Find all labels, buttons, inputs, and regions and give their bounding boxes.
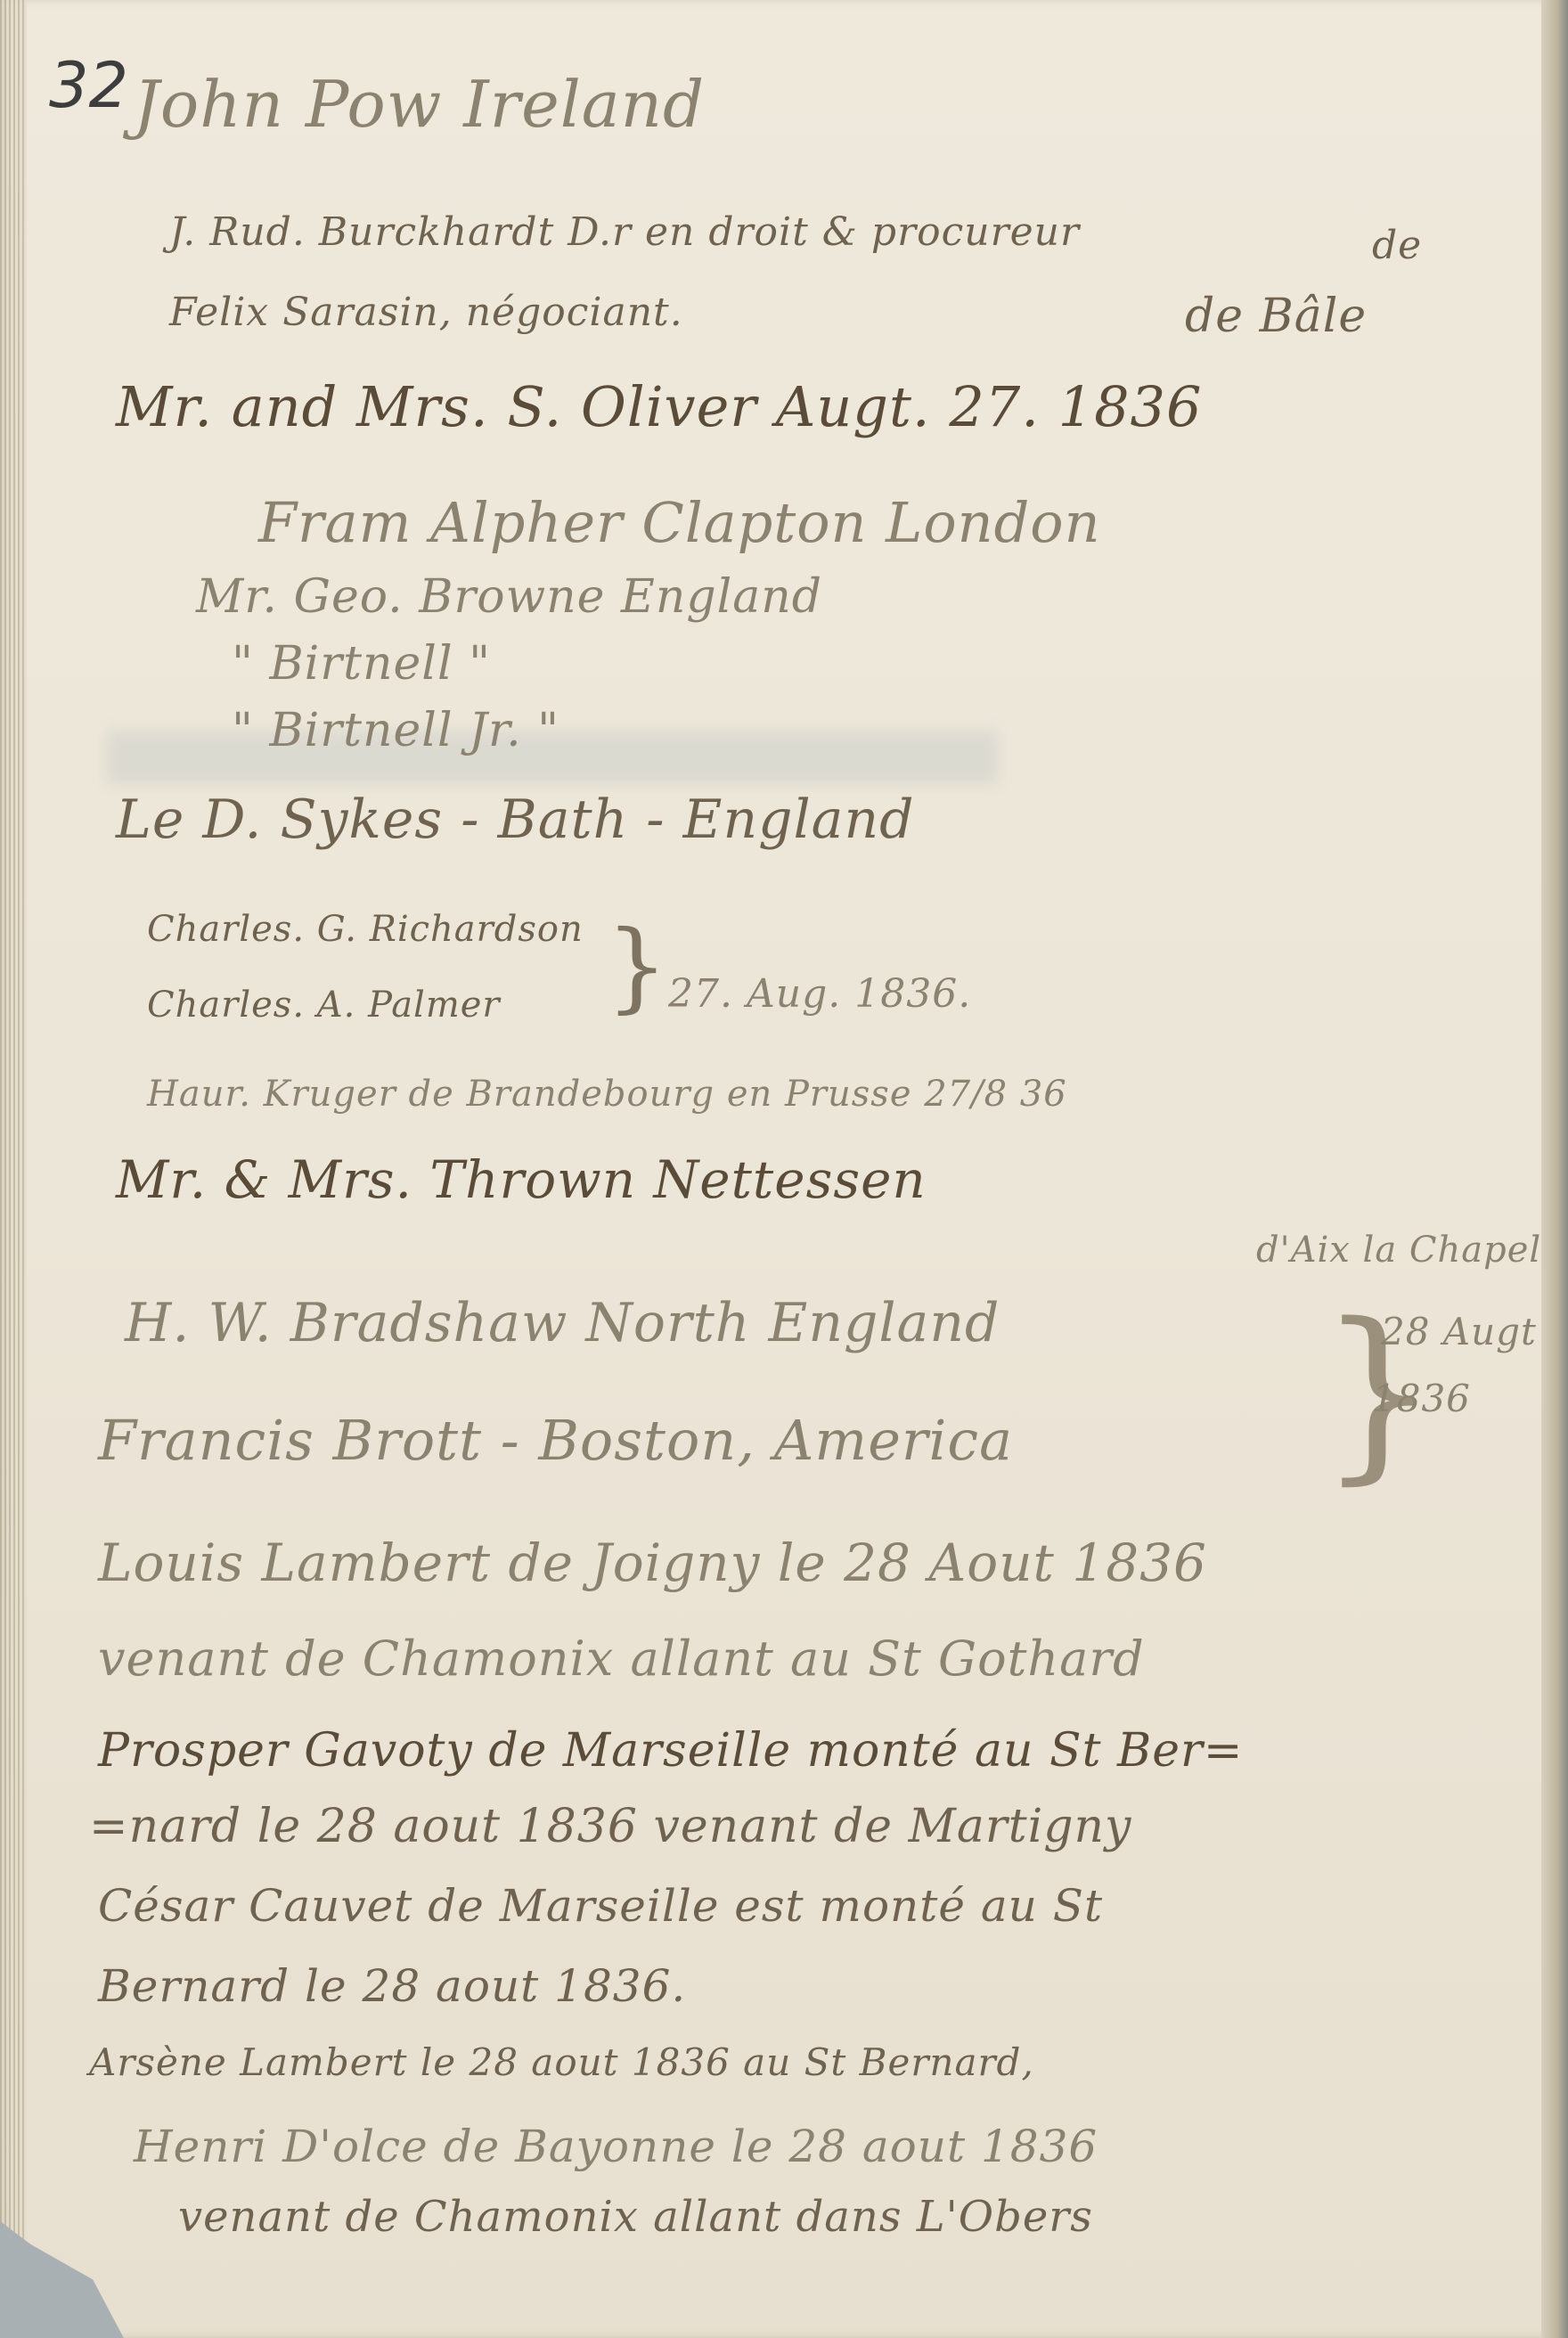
entry-line: d'Aix la Chapelle [1256,1230,1568,1271]
entry-line: 1836 [1372,1377,1471,1420]
entry-line: " Birtnell Jr. " [232,704,559,757]
entry-line: Le D. Sykes - Bath - England [116,789,915,851]
entry-line: César Cauvet de Marseille est monté au S… [98,1880,1103,1932]
entry-line: venant de Chamonix allant dans L'Obers [178,2192,1093,2242]
entry-line: Fram Alpher Clapton London [258,490,1101,555]
entry-line: Bernard le 28 aout 1836. [98,1960,686,2012]
entry-line: H. W. Bradshaw North England [125,1292,1000,1354]
entry-line: 28 Augt [1381,1310,1537,1353]
entry-line: Mr. & Mrs. Thrown Nettessen [116,1149,927,1210]
entry-line: Mr. and Mrs. S. Oliver Augt. 27. 1836 [116,374,1202,439]
entry-line: Felix Sarasin, négociant. [169,290,683,335]
adjacent-page-edge [1541,0,1568,2338]
entry-line: Louis Lambert de Joigny le 28 Aout 1836 [98,1533,1207,1593]
brace: } [606,909,668,1023]
entry-line: Charles. G. Richardson [147,909,584,950]
entry-line: Arsène Lambert le 28 aout 1836 au St Ber… [89,2040,1034,2084]
entry-line: =nard le 28 aout 1836 venant de Martigny [89,1800,1131,1853]
entry-line: Charles. A. Palmer [147,985,501,1026]
entry-line: Mr. Geo. Browne England [196,570,822,624]
entry-line: Francis Brott - Boston, America [98,1408,1013,1473]
entry-line: J. Rud. Burckhardt D.r en droit & procur… [169,209,1080,255]
entry-line: de Bâle [1185,290,1367,343]
page-spine-edge [0,0,27,2338]
entry-line: Henri D'olce de Bayonne le 28 aout 1836 [134,2121,1098,2172]
entry-line: venant de Chamonix allant au St Gothard [98,1631,1145,1687]
entry-line: de [1372,223,1422,268]
entry-line: " Birtnell " [232,637,491,691]
entry-line: 27. Aug. 1836. [668,971,971,1017]
entry-line: John Pow Ireland [134,67,705,142]
register-page: 32 John Pow Ireland J. Rud. Burckhardt D… [0,0,1547,2338]
entry-line: Haur. Kruger de Brandebourg en Prusse 27… [147,1074,1067,1115]
entry-line: Prosper Gavoty de Marseille monté au St … [98,1724,1243,1778]
page-number: 32 [49,49,128,122]
